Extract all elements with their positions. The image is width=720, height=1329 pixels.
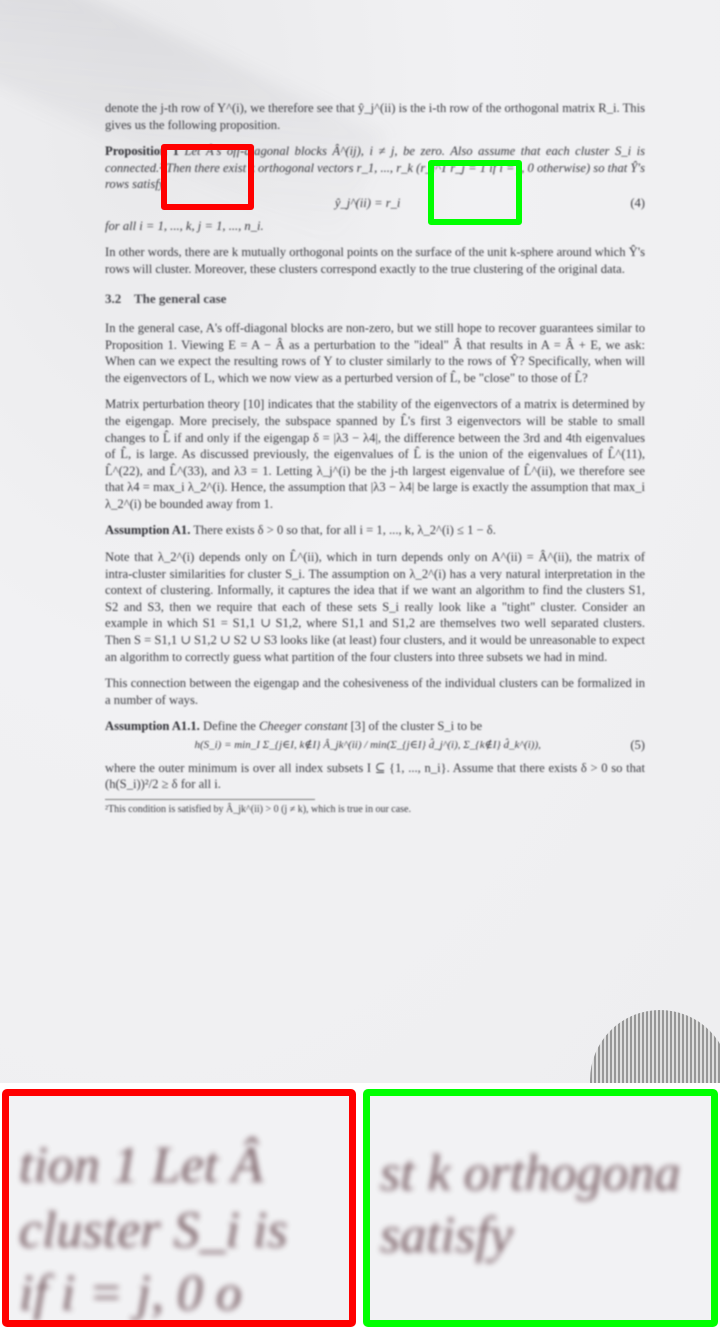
- footnote-rule: [105, 799, 315, 800]
- equation-5-number: (5): [630, 737, 645, 754]
- highlight-box-red: [161, 144, 254, 210]
- inset-red-line-1: tion 1 Let Â: [19, 1136, 263, 1195]
- section-title: The general case: [134, 291, 226, 306]
- assumption-a1-label: Assumption A1.: [105, 523, 190, 537]
- inset-green-line-1: st k orthogona: [380, 1144, 680, 1203]
- assumption-a11-after: where the outer minimum is over all inde…: [105, 760, 645, 793]
- paragraph-intro: denote the j-th row of Y^(i), we therefo…: [105, 100, 645, 133]
- assumption-a11-label: Assumption A1.1.: [105, 719, 200, 733]
- footnote: ²This condition is satisfied by Â_jk^(ii…: [105, 804, 645, 816]
- fabric-corner: [590, 1010, 720, 1083]
- assumption-a1: Assumption A1. There exists δ > 0 so tha…: [105, 522, 645, 539]
- assumption-a11-post: [3] of the cluster S_i to be: [351, 719, 483, 733]
- inset-green-line-2: satisfy: [380, 1206, 513, 1265]
- section-heading: 3.2 The general case: [105, 291, 645, 308]
- zoom-inset-red: tion 1 Let Â cluster S_i is if i = j, 0 …: [2, 1089, 356, 1327]
- equation-5-body: h(S_i) = min_I Σ_{j∈I, k∉I} Â_jk^(ii) / …: [105, 737, 630, 754]
- document-photo: denote the j-th row of Y^(i), we therefo…: [0, 0, 720, 1083]
- paragraph-general-case: In the general case, A's off-diagonal bl…: [105, 320, 645, 386]
- highlight-box-green: [428, 160, 522, 225]
- section-number: 3.2: [105, 291, 121, 306]
- paragraph-other-words: In other words, there are k mutually ort…: [105, 244, 645, 277]
- equation-5: h(S_i) = min_I Σ_{j∈I, k∉I} Â_jk^(ii) / …: [105, 737, 645, 754]
- paragraph-note: Note that λ_2^(i) depends only on L̂^(ii…: [105, 549, 645, 665]
- assumption-a11-pre: Define the: [203, 719, 256, 733]
- inset-red-line-2: cluster S_i is: [19, 1201, 288, 1260]
- assumption-a11: Assumption A1.1. Define the Cheeger cons…: [105, 718, 645, 735]
- cheeger-term: Cheeger constant: [259, 719, 348, 733]
- assumption-a1-text: There exists δ > 0 so that, for all i = …: [193, 523, 496, 537]
- zoom-inset-green: st k orthogona satisfy: [363, 1089, 718, 1327]
- equation-4-number: (4): [630, 195, 645, 212]
- paragraph-connection: This connection between the eigengap and…: [105, 675, 645, 708]
- proposition-after: for all i = 1, ..., k, j = 1, ..., n_i.: [105, 218, 645, 235]
- paragraph-matrix-perturbation: Matrix perturbation theory [10] indicate…: [105, 396, 645, 512]
- inset-red-line-3: if i = j, 0 o: [19, 1264, 242, 1323]
